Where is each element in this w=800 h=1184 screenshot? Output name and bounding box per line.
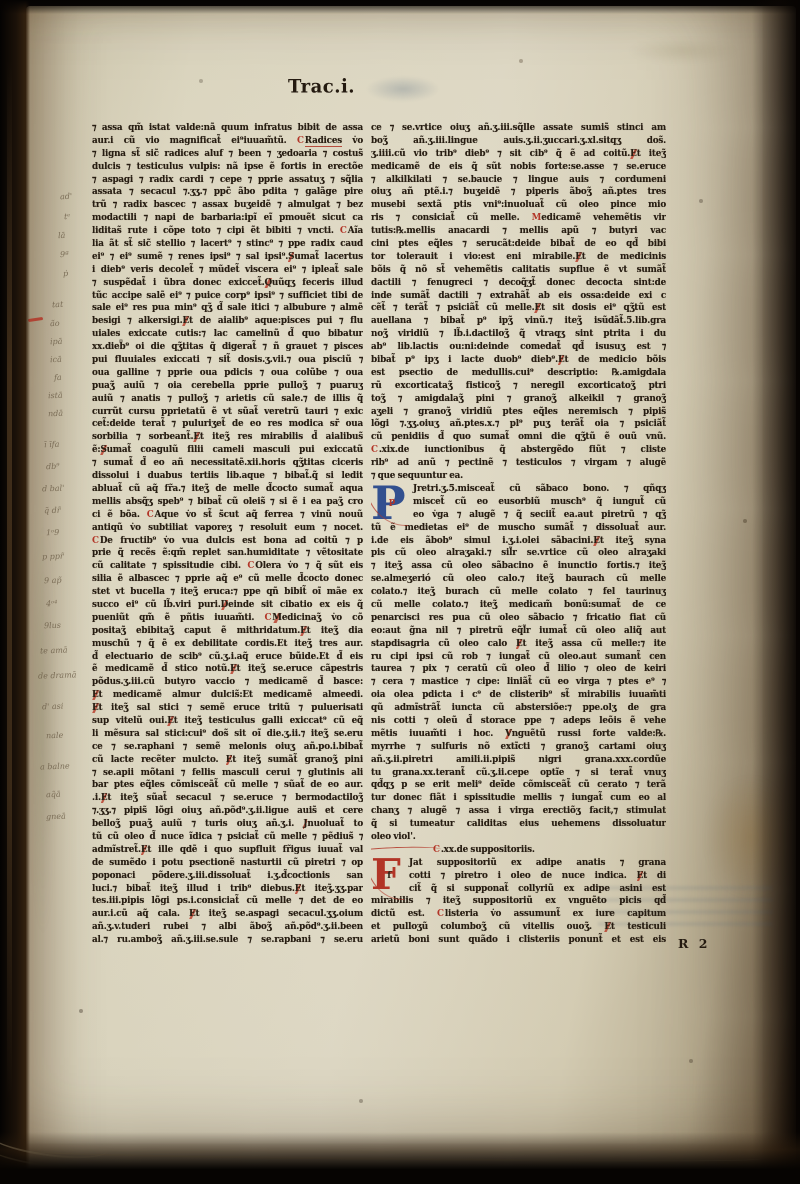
- marginalia-note: icā: [50, 355, 62, 364]
- marginalia-note: q̃ dr̃: [44, 506, 61, 516]
- marginalia-note: tat: [52, 300, 64, 309]
- text-line: cotti ⁊ piretro i oleo de nuce indica. E…: [371, 870, 666, 883]
- text-line: mellis absq̃ʒ speb⁹ ⁊ bibat̃ cũ oleis̃ ⁊…: [92, 496, 363, 509]
- text-line: dactili ⁊ fenugreci ⁊ decoq̃ʒt̃ donec de…: [371, 277, 666, 290]
- text-line: ⁊ que sequuntur ea.: [371, 470, 666, 483]
- text-line: se.almeʒerió cũ oleo calo.⁊ iteʒ̃ baurac…: [371, 573, 666, 586]
- text-line: lõgi ⁊.ʒʒ.oiuʒ añ.ptes.x.⁊ pl⁹ puʒ terãt…: [371, 418, 666, 431]
- text-line: eo:aut g̃na nil ⁊ piretrũ eq̃l̃r iumat̃ …: [371, 625, 666, 638]
- running-title: Trac.i.: [288, 75, 355, 97]
- text-line: cũ lacte recẽter mulcto. Et iteʒ̃ sumãt̃…: [92, 754, 363, 767]
- text-line: ce ⁊ se.raphani ⁊ semẽ melonis oiuʒ añ.p…: [92, 741, 363, 754]
- marginalia-note: lā: [58, 231, 66, 240]
- marginalia-note: 9 ap̃: [44, 576, 62, 586]
- text-line: stapdisagria cũ oleo calo Et iteʒ̃ assa …: [371, 638, 666, 651]
- text-line: silia ẽ albascec ⁊ pprie aq̃ e⁹ cũ melle…: [92, 573, 363, 586]
- marginalia-note: ad': [60, 192, 72, 201]
- text-line: bõis q̃ nõ st̃ vehemẽtis calitatis supfl…: [371, 264, 666, 277]
- marginalia-note: fa: [54, 373, 62, 382]
- text-line: bar ptes eq̃les cõmisceãt̃ cũ melle ⁊ sũ…: [92, 779, 363, 792]
- marginalia-note: d bal': [42, 484, 65, 494]
- text-line: prie q̃ recẽs ẽ:qm̃ replet san.humiditat…: [92, 547, 363, 560]
- marginalia-note: tᵉ: [64, 212, 71, 221]
- marginalia-note: ipā: [50, 337, 63, 346]
- text-line: ẽ medicamẽ d̃ stico notũ.Et iteʒ̃ se.eru…: [92, 663, 363, 676]
- text-line: cini ptes eq̃les ⁊ serucãt:deide bibat̃ …: [371, 238, 666, 251]
- text-line: d̃ electuario de scib⁹ cũ.ʒ.i.aq̃ eruce …: [92, 651, 363, 664]
- text-line: de sumẽdo i potu psectionẽ nasturtii cũ …: [92, 857, 363, 870]
- text-line: uiales exiccate cutis:⁊ lac camelinũ d̃ …: [92, 328, 363, 341]
- text-line: assata ⁊ secacul ⁊.ʒʒ.⁊ ppc̃ ãbo pdita ⁊…: [92, 186, 363, 199]
- text-line: ⁊ iteʒ̃ assa cũ oleo sãbacino ẽ inunctio…: [371, 560, 666, 573]
- text-line: modactili ⁊ napi de barbaria:ipĩ eĩ pmou…: [92, 212, 363, 225]
- text-line: ci ẽ bõa. CAque v̇o st̃ s̃cut aq̃ ferrea…: [92, 509, 363, 522]
- text-line: cẽt̃ ⁊ terãt̃ ⁊ psiciãt̃ cũ melle.Et sit…: [371, 302, 666, 315]
- marginalia-note: aq̃ā: [46, 790, 61, 800]
- text-line: succo ei⁹ cũ lb̃.viri puri.Deinde sit ci…: [92, 599, 363, 612]
- text-line: muschũ ⁊ q̃ ẽ ex debilitate cordis.Et it…: [92, 638, 363, 651]
- text-line: admĩstret̃.Et ille qdẽ i quo supfluit fr…: [92, 844, 363, 857]
- text-line: lia ãt st̃ sic̃ stellio ⁊ lacert⁹ ⁊ stin…: [92, 238, 363, 251]
- text-line: rib⁹ ad anũ ⁊ pectinẽ ⁊ testiculos ⁊ vir…: [371, 457, 666, 470]
- text-line: ⁊ aspagi ⁊ radix cardi ⁊ cepe ⁊ pprie as…: [92, 174, 363, 187]
- text-line: toʒ̃ ⁊ amigdalaʒ̃ pini ⁊ granoʒ̃ alkeiki…: [371, 393, 666, 406]
- text-line: ʒ.iiii.cũ vio trib⁹ dieb⁹ ⁊ sit cib⁹ q̃ …: [371, 148, 666, 161]
- text-line: penarcisci res pua cũ oleo sãbacio ⁊ fri…: [371, 612, 666, 625]
- text-line: tes.iii.pipis lõgi ps.i.consiciat̃ cũ me…: [92, 895, 363, 908]
- text-line: aur.i cũ vio magnificat̃ ei⁹iuuam̃tũ. CR…: [92, 135, 363, 148]
- guide-letter: p: [389, 498, 395, 507]
- text-line: al.⁊ ru.amboʒ̃ añ.ʒ.iii.se.sule ⁊ se.rap…: [92, 934, 363, 947]
- photo-edge-bottom: [0, 1132, 800, 1184]
- text-line: oiuʒ añ ptẽ.i.⁊ buʒeidẽ ⁊ piperis ãboʒ̃ …: [371, 186, 666, 199]
- text-line: tũ cũ oleo d̃ nuce ĩdica ⁊ psiciat̃ cũ m…: [92, 831, 363, 844]
- text-line: ẽ:Sumat̃ coagulũ filii cameli masculi pu…: [92, 444, 363, 457]
- text-line: currũt cursu pprietatũ ẽ vt sũat̃ veretr…: [92, 406, 363, 419]
- marginalia-note: a balne: [40, 761, 70, 771]
- text-line: ⁊ ligna st̃ sic̃ radices aluf ⁊ been ⁊ ʒ…: [92, 148, 363, 161]
- text-line: Et medicamẽ almur dulcis̃:Et medicamẽ al…: [92, 689, 363, 702]
- text-line: tur donec fiãt i spissitudie mellis ⁊ iu…: [371, 792, 666, 805]
- text-line: tũ ẽ medietas ei⁹ de muscho sumãt̃ ⁊ dis…: [371, 522, 666, 535]
- text-line: inde sumãt̃ dactili ⁊ extrahãt̃ ab eis o…: [371, 290, 666, 303]
- text-line: añ.ʒ.ii.piretri amili.ii.pipis̃ nigri gr…: [371, 754, 666, 767]
- text-line: mẽtis iuuam̃ti i hoc. Vnguẽtũ russi fort…: [371, 728, 666, 741]
- text-line: pueniũt qm̃ ẽ pñtis iuuam̃ti. CMedicinaʒ…: [92, 612, 363, 625]
- text-line: tu grana.xx.terant̃ cũ.ʒ.ii.cepe optĩe ⁊…: [371, 767, 666, 780]
- guide-letter: f: [387, 872, 391, 881]
- text-line: dictũ est. Clisteria v̇o assumunt̃ ex iu…: [371, 908, 666, 921]
- marginalia-note: ão: [50, 319, 60, 328]
- text-line: i dieb⁹ veris decolet̃ ⁊ mũdet̃ viscera …: [92, 264, 363, 277]
- text-line: boʒ̃ añ.ʒ.iii.lingue auis.ʒ.ii.ʒuccari.ʒ…: [371, 135, 666, 148]
- text-line: pui fluuiales exiccati ⁊ sit̃ dosis.ʒ.vi…: [92, 354, 363, 367]
- text-line: tor tolerauit i vio:est eni mirabile.Et …: [371, 251, 666, 264]
- text-line: tũc accipe salẽ ei⁹ ⁊ puice corp⁹ ipsi⁹ …: [92, 290, 363, 303]
- marginalia-note: d' asi: [42, 702, 64, 712]
- text-line: miscet̃ cũ eo eusorbiũ musch⁹ q̃ iungut̃…: [371, 496, 666, 509]
- marginalia-note: te amā: [40, 646, 68, 656]
- text-line: sup vitelũ oui.Et iteʒ̃ testiculus galli…: [92, 715, 363, 728]
- text-line: ce ⁊ se.vrtice oiuʒ añ.ʒ.iii.sq̃lle assa…: [371, 122, 666, 135]
- text-line: bibat̃ p⁹ ipʒ i lacte duob⁹ dieb⁹.Et de …: [371, 354, 666, 367]
- text-line: eo v̇ga ⁊ alugẽ ⁊ q̃ seciit̃ ea.aut pire…: [371, 509, 666, 522]
- text-line: ⁊ assa qm̃ istat valde:nã quum infratus …: [92, 122, 363, 135]
- text-line: cũ calitate ⁊ spissitudie cibi. COlera v…: [92, 560, 363, 573]
- text-line: liditas̃ rute i cõpe toto ⁊ cipi ẽt bibi…: [92, 225, 363, 238]
- text-line: tutis:℞.mellis anacardi ⁊ mellis apũ ⁊ b…: [371, 225, 666, 238]
- marginalia-note: db⁹: [46, 462, 60, 471]
- text-line: medicamẽ de eis q̃ sũt nobis forte:se.as…: [371, 161, 666, 174]
- text-line: ⁊.ʒʒ.⁊ pipis̃ lõgi oiuʒ añ.põd⁹.ʒ.ii.lig…: [92, 805, 363, 818]
- text-line: luci.⁊ bibat̃ iteʒ̃ illud i trib⁹ diebus…: [92, 883, 363, 896]
- marginalia-note: ndā: [48, 409, 63, 419]
- marginalia-note: ṗ: [63, 269, 68, 278]
- drop-cap-initial-F: Ff: [371, 854, 407, 899]
- text-line: añ.ʒ.v.tuderi rubei ⁊ albi ãboʒ̃ añ.põd⁹…: [92, 921, 363, 934]
- text-line: oleo viol'.: [371, 831, 666, 844]
- text-line: poponaci põdere.ʒ.iii.dissoluat̃ i.ʒ.d̃c…: [92, 870, 363, 883]
- drop-cap-initial-P: Pp: [371, 480, 411, 525]
- text-line: positaʒ̃ ebibitaʒ̃ caput ẽ mithridatum.E…: [92, 625, 363, 638]
- photo-edge-top: [0, 0, 800, 14]
- marginalia-note: nale: [46, 731, 64, 741]
- text-line: cũ penidiis d̃ quo sumat̃ omni die qʒ̃tũ…: [371, 431, 666, 444]
- text-line: aʒeli ⁊ granoʒ̃ viridiũ ptes eq̃les nere…: [371, 406, 666, 419]
- text-line: nis cotti ⁊ oleũ d̃ storace ppe ⁊ adeps …: [371, 715, 666, 728]
- text-line: ru cipi ipsi cũ rob ⁊ iungat̃ cũ oleo.au…: [371, 651, 666, 664]
- text-line: qũ admĩstrãt̃ iuncta cũ abstersiõe:⁊ ppe…: [371, 702, 666, 715]
- text-line: et pulloʒũ columboʒ̃ cũ vitellis ouoʒ̃. …: [371, 921, 666, 934]
- quire-signature: R 2: [678, 936, 710, 951]
- text-line: ei⁹ ⁊ ei⁹ sumẽ ⁊ renes ipsi⁹ ⁊ sal ipsi⁹…: [92, 251, 363, 264]
- text-column-right: ce ⁊ se.vrtice oiuʒ añ.ʒ.iii.sq̃lle assa…: [371, 122, 666, 947]
- text-line: pis cũ oleo alraʒaki.⁊ sil̃r se.vrtice c…: [371, 547, 666, 560]
- text-line: ⁊ se.apii mõtani ⁊ fellis masculi cerui …: [92, 767, 363, 780]
- text-line: cet̃:deide terat̃ ⁊ puluriʒet̃ de eo res…: [92, 418, 363, 431]
- text-column-left: ⁊ assa qm̃ istat valde:nã quum infratus …: [92, 122, 363, 947]
- spine-highlight: [7, 60, 12, 1100]
- text-line: puaʒ̃ auiũ ⁊ oia cerebella pprie pulloʒ̃…: [92, 380, 363, 393]
- text-line: Jretri.ʒ.5.misceat̃ cũ sãbaco bono. ⁊ qñ…: [371, 483, 666, 496]
- text-line: antiqũ v̇o subtiliat vaporeʒ ⁊ resoluit …: [92, 522, 363, 535]
- book-page-photo: Trac.i. ⁊ assa qm̃ istat valde:nã quum i…: [0, 0, 800, 1184]
- marginalia-note: 1ᵒ9: [46, 528, 60, 537]
- text-line: Et iteʒ̃ sal stici ⁊ semẽ eruce tritũ ⁊ …: [92, 702, 363, 715]
- text-line: C.xx.de suppositoriis.: [371, 844, 666, 857]
- text-line: ab⁹ lib.lactis ou:ni:deinde comedat̃ qd̃…: [371, 341, 666, 354]
- text-line: C.xix.de iunctionibus q̃ abstergẽdo fiũt…: [371, 444, 666, 457]
- text-line: mirabilis ⁊ iteʒ̃ suppositoriũ ex vnguẽt…: [371, 895, 666, 908]
- text-line: noʒ̃ viridiũ ⁊ lb̃.i.dactiloʒ̃ q̃ vtraqʒ…: [371, 328, 666, 341]
- text-line: põdus.ʒ.iii.cũ butyro vaccio ⁊ medicamẽ …: [92, 676, 363, 689]
- marginalia-note: ī īfa: [44, 440, 60, 450]
- text-line: ⁊ alkilkilati ⁊ se.baucie ⁊ lingue auis …: [371, 174, 666, 187]
- marginalia-note: gneā: [46, 812, 66, 822]
- text-line: dulcis ⁊ testiculus vulpis: nã ipse ẽ fo…: [92, 161, 363, 174]
- text-line: trũ ⁊ radix bascec ⁊ assax buʒeidẽ ⁊ alm…: [92, 199, 363, 212]
- text-line: Jat suppositoriũ ex adipe anatis ⁊ grana: [371, 857, 666, 870]
- text-line: oia olea pdicta i c⁹ de clisterib⁹ st̃ m…: [371, 689, 666, 702]
- text-line: auiũ ⁊ anatis ⁊ pulloʒ̃ ⁊ arietis cũ sal…: [92, 393, 363, 406]
- text-line: CDe fructib⁹ v̇o vua dulcis est bona ad …: [92, 535, 363, 548]
- text-line: est psectio de medullis.cui⁹ descriptio:…: [371, 367, 666, 380]
- text-line: oua galline ⁊ pprie oua pdicis ⁊ oua col…: [92, 367, 363, 380]
- text-line: stet vt bucella ⁊ iteʒ̃ eruca:⁊ ppe qñ b…: [92, 586, 363, 599]
- text-line: sale ei⁹ res pua min⁹ qʒ̃ d̃ sale itici …: [92, 302, 363, 315]
- text-line: myrrhe ⁊ sulfuris nõ extĩcti ⁊ granoʒ̃ c…: [371, 741, 666, 754]
- text-line: arietũ boni sunt quãdo i clisteriis ponu…: [371, 934, 666, 947]
- marginalia-note: p ppr̃: [42, 552, 64, 562]
- text-line: sorbilia ⁊ sorbeant̃.Et iteʒ̃ res mirabi…: [92, 431, 363, 444]
- text-line: colato.⁊ iteʒ̃ burach cũ melle colato ⁊ …: [371, 586, 666, 599]
- text-line: ⁊ cera ⁊ mastice ⁊ cipe: liniãt̃ cũ eo v…: [371, 676, 666, 689]
- text-line: ⁊ sumat̃ d̃ eo añ necessitatẽ.xii.horis …: [92, 457, 363, 470]
- book-spine-shadow: [0, 0, 30, 1184]
- text-line: auellana ⁊ bibat̃ p⁹ ipʒ̃ vinũ.⁊ iteʒ̃ i…: [371, 315, 666, 328]
- text-line: aur.i.cũ aq̃ cala. Et iteʒ̃ se.aspagi se…: [92, 908, 363, 921]
- text-line: q̃ si tumeatur caliditas eius uehemens d…: [371, 818, 666, 831]
- text-line: dissolui i duabus tertiis lib.aque ⁊ bib…: [92, 470, 363, 483]
- text-line: besigi ⁊ alkersigi.Et de aialib⁹ aque:pi…: [92, 315, 363, 328]
- text-line: cũ melle colato.⁊ iteʒ̃ medicam̃ bonũ:su…: [371, 599, 666, 612]
- text-line: qd̃qʒ p se erit meli⁹ deĩde cõmisceãt̃ c…: [371, 779, 666, 792]
- text-line: cit̃ q̃ si supponat̃ collyriũ ex adipe a…: [371, 883, 666, 896]
- text-line: rũ excorticataʒ̃ fisticoʒ̃ ⁊ neregil exc…: [371, 380, 666, 393]
- text-line: taurea ⁊ pix ⁊ ceratũ cũ oleo d̃ lilio ⁊…: [371, 663, 666, 676]
- marginalia-note: 9ª: [60, 250, 69, 259]
- text-line: abluat̃ cũ aq̃ fr̃a.⁊ iteʒ̃ de melle d̃c…: [92, 483, 363, 496]
- text-line: musebi sextã ptis vni⁹:inuoluat̃ cũ oleo…: [371, 199, 666, 212]
- photo-edge-right: [752, 0, 800, 1184]
- text-line: ris ⁊ consiciat̃ cũ melle. Medicamẽ vehe…: [371, 212, 666, 225]
- text-line: ⁊ suspẽdat̃ i ũbra donec exiccet̃.Quũqʒ …: [92, 277, 363, 290]
- text-line: xx.dieb⁹ oi die qʒ̃titas q̃ digerat̃ ⁊ ñ…: [92, 341, 363, 354]
- marginalia-note: istā: [48, 391, 63, 401]
- text-line: li mẽsura sal stici:cui⁹ dos̃ sit oĩ die…: [92, 728, 363, 741]
- text-line: .i.Et iteʒ̃ sũat̃ secacul ⁊ se.eruce ⁊ b…: [92, 792, 363, 805]
- marginalia-note: de dramā: [38, 670, 77, 680]
- text-line: belloʒ̃ puaʒ̃ auiũ ⁊ turis oiuʒ añ.ʒ.i. …: [92, 818, 363, 831]
- marginalia-note: 9lus: [44, 621, 61, 631]
- text-line: i.de eis ãbob⁹ simul i.ʒ.i.olei sãbacini…: [371, 535, 666, 548]
- marginalia-note: 4ᵒ⁴: [46, 599, 58, 608]
- text-line: chanʒ ⁊ alugẽ ⁊ assa i virga erectiõʒ fa…: [371, 805, 666, 818]
